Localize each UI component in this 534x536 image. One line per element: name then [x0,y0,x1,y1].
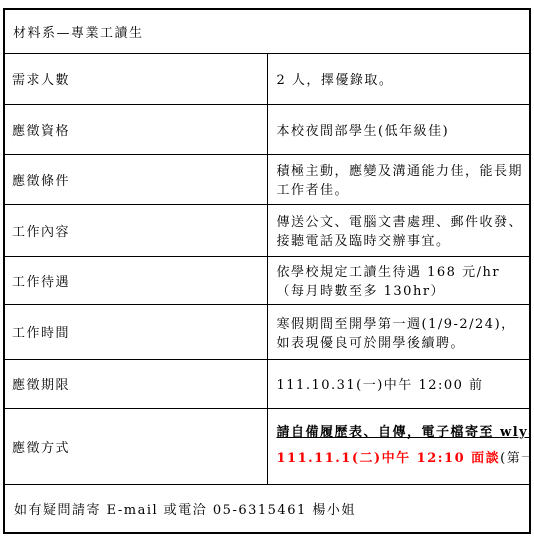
footer-note-row: 如有疑問請寄 E-mail 或電洽 05-6315461 楊小姐 [4,484,530,533]
apply-method-value: 請自備履歷表、自傳，電子檔寄至 wlyang@nfu.edu.tw 111.11… [267,408,530,484]
row-value: 寒假期間至開學第一週(1/9-2/24)，如表現優良可於開學後續聘。 [267,304,530,359]
row-label: 工作時間 [4,304,267,359]
interview-datetime-highlight: 111.11.1(二)中午 12:10 面談 [277,451,501,466]
row-label: 工作待遇 [4,256,267,304]
apply-method-row: 應徵方式 請自備履歷表、自傳，電子檔寄至 wlyang@nfu.edu.tw 1… [4,408,530,484]
job-posting-document: 材料系—專業工讀生 需求人數 2 人，擇優錄取。 應徵資格 本校夜間部學生(低年… [0,0,534,536]
row-value: 111.10.31(一)中午 12:00 前 [267,359,530,408]
title-row: 材料系—專業工讀生 [4,9,530,53]
table-row: 工作時間 寒假期間至開學第一週(1/9-2/24)，如表現優良可於開學後續聘。 [4,304,530,359]
table-row: 需求人數 2 人，擇優錄取。 [4,53,530,104]
table-row: 工作內容 傳送公文、電腦文書處理、郵件收發、接聽電話及臨時交辦事宜。 [4,204,530,256]
row-label: 需求人數 [4,53,267,104]
row-label: 工作內容 [4,204,267,256]
row-label: 應徵條件 [4,154,267,204]
apply-instructions-line: 請自備履歷表、自傳，電子檔寄至 wlyang@nfu.edu.tw [277,420,526,446]
row-label: 應徵資格 [4,104,267,154]
job-posting-table: 材料系—專業工讀生 需求人數 2 人，擇優錄取。 應徵資格 本校夜間部學生(低年… [3,8,531,534]
footer-note: 如有疑問請寄 E-mail 或電洽 05-6315461 楊小姐 [4,484,530,533]
table-row: 工作待遇 依學校規定工讀生待遇 168 元/hr（每月時數至多 130hr） [4,256,530,304]
interview-location: (第一校區機械工程館 2F 材料系辦公室) [500,451,530,466]
row-value: 積極主動，應變及溝通能力佳，能長期工作者佳。 [267,154,530,204]
table-row: 應徵條件 積極主動，應變及溝通能力佳，能長期工作者佳。 [4,154,530,204]
row-label: 應徵期限 [4,359,267,408]
email-address: wlyang@nfu.edu.tw [500,425,530,440]
table-row: 應徵期限 111.10.31(一)中午 12:00 前 [4,359,530,408]
table-row: 應徵資格 本校夜間部學生(低年級佳) [4,104,530,154]
interview-info-line: 111.11.1(二)中午 12:10 面談(第一校區機械工程館 2F 材料系辦… [277,446,526,472]
row-value: 依學校規定工讀生待遇 168 元/hr（每月時數至多 130hr） [267,256,530,304]
apply-instructions-text: 請自備履歷表、自傳，電子檔寄至 [277,425,501,440]
row-value: 本校夜間部學生(低年級佳) [267,104,530,154]
row-label: 應徵方式 [4,408,267,484]
document-title: 材料系—專業工讀生 [4,9,530,53]
row-value: 2 人，擇優錄取。 [267,53,530,104]
row-value: 傳送公文、電腦文書處理、郵件收發、接聽電話及臨時交辦事宜。 [267,204,530,256]
